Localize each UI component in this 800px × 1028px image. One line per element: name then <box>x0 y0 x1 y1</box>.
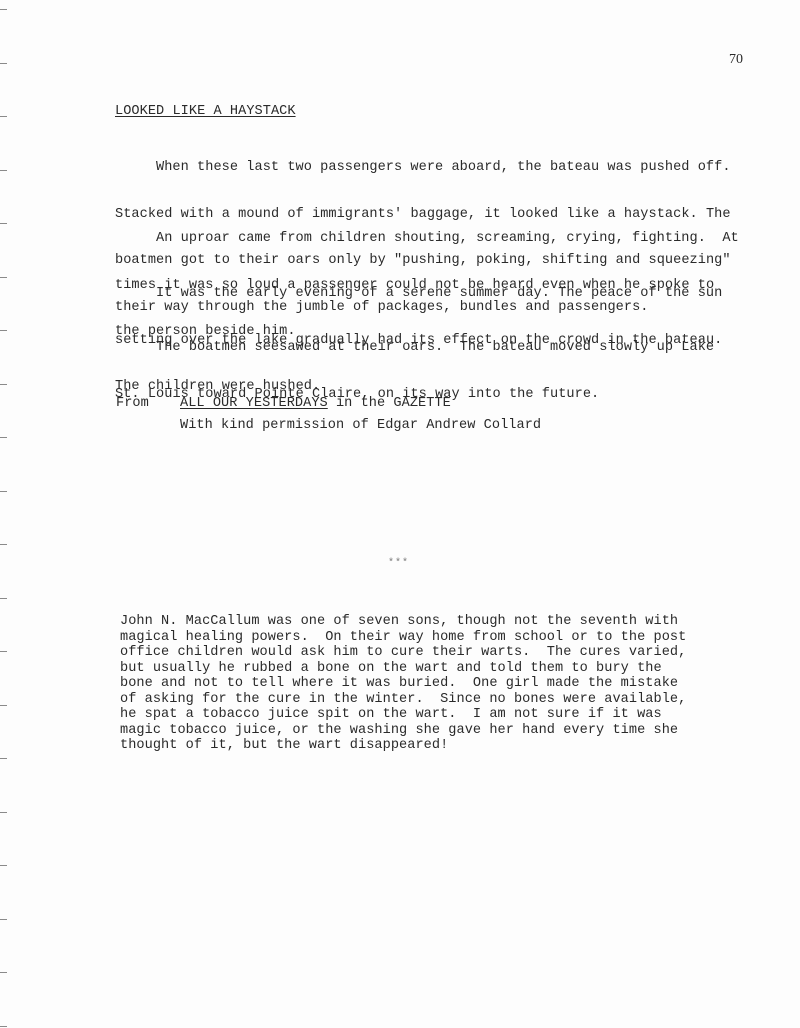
anecdote-line: but usually he rubbed a bone on the wart… <box>120 661 686 677</box>
anecdote-line: magic tobacco juice, or the washing she … <box>120 723 686 739</box>
margin-tick <box>0 758 7 759</box>
margin-tick <box>0 277 7 278</box>
margin-tick <box>0 598 7 599</box>
source-title: ALL OUR YESTERDAYS <box>180 396 328 411</box>
anecdote-line: he spat a tobacco juice spit on the wart… <box>120 707 686 723</box>
margin-tick <box>0 812 7 813</box>
margin-tick <box>0 223 7 224</box>
margin-tick <box>0 865 7 866</box>
margin-tick <box>0 116 7 117</box>
margin-tick <box>0 491 7 492</box>
anecdote-line: John N. MacCallum was one of seven sons,… <box>120 614 686 630</box>
margin-tick <box>0 1026 7 1027</box>
margin-tick <box>0 330 7 331</box>
article-heading: LOOKED LIKE A HAYSTACK <box>115 104 296 120</box>
margin-tick <box>0 544 7 545</box>
credit-from-label: From <box>116 396 149 412</box>
section-separator: *** <box>388 558 409 569</box>
anecdote-line: thought of it, but the wart disappeared! <box>120 738 686 754</box>
margin-tick <box>0 437 7 438</box>
margin-tick <box>0 651 7 652</box>
credit-permission: With kind permission of Edgar Andrew Col… <box>180 418 541 434</box>
margin-tick <box>0 384 7 385</box>
anecdote-line: bone and not to tell where it was buried… <box>120 676 686 692</box>
page-number: 70 <box>729 52 743 68</box>
anecdote-paragraph: John N. MacCallum was one of seven sons,… <box>120 614 686 754</box>
margin-tick <box>0 63 7 64</box>
margin-tick <box>0 9 7 10</box>
margin-tick <box>0 972 7 973</box>
anecdote-line: office children would ask him to cure th… <box>120 645 686 661</box>
anecdote-line: of asking for the cure in the winter. Si… <box>120 692 686 708</box>
credit-source: ALL OUR YESTERDAYS in the GAZETTE <box>180 396 451 412</box>
anecdote-line: magical healing powers. On their way hom… <box>120 630 686 646</box>
margin-tick <box>0 705 7 706</box>
author-name: Edgar Andrew Collard <box>377 418 541 433</box>
margin-tick <box>0 919 7 920</box>
margin-tick <box>0 170 7 171</box>
